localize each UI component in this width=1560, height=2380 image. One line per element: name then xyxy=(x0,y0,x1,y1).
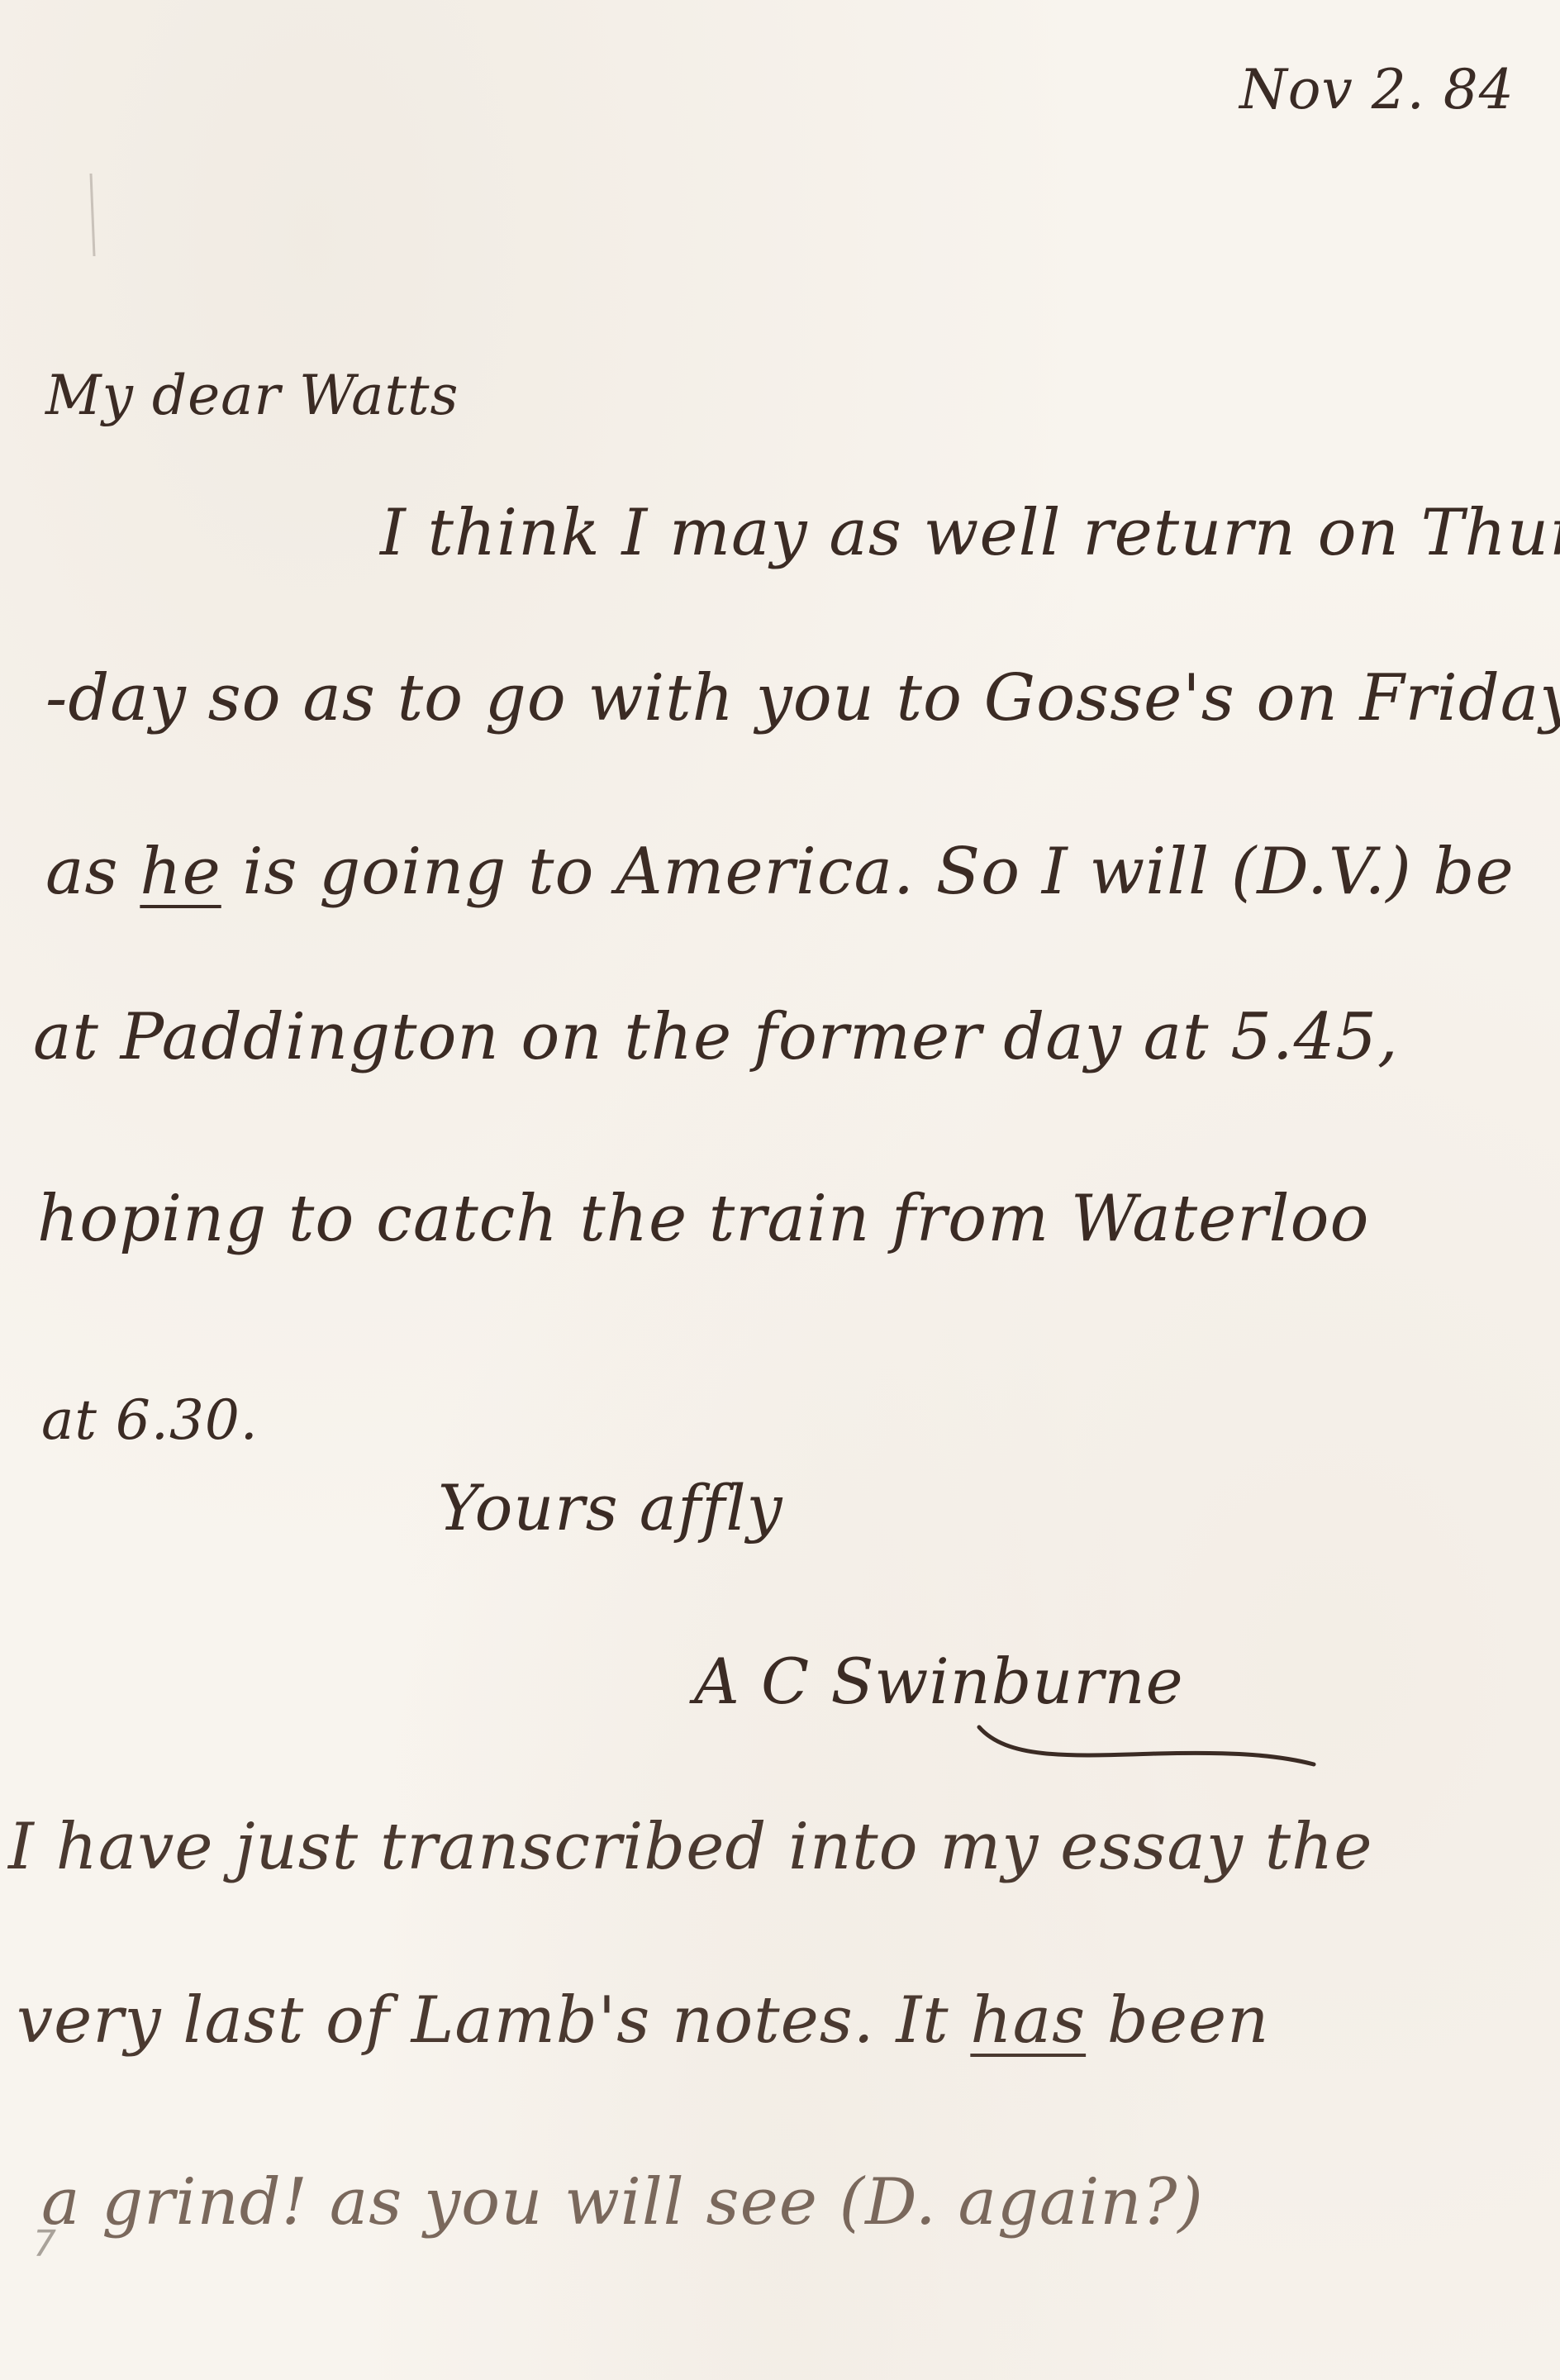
body-line-3: as he is going to America. So I will (D.… xyxy=(45,835,1515,909)
letter-date: Nov 2. 84 xyxy=(1239,58,1515,121)
body-line-3-pre: as xyxy=(45,835,140,909)
letter-page: (faint pencil annotation) Nov 2. 84 My d… xyxy=(0,0,1560,2380)
postscript-line-2-pre: very last of Lamb's notes. It xyxy=(17,1983,970,2058)
postscript-line-2: very last of Lamb's notes. It has been xyxy=(17,1983,1269,2058)
underlined-word-has: has xyxy=(970,1983,1086,2058)
postscript-line-2-post: been xyxy=(1086,1983,1269,2058)
salutation: My dear Watts xyxy=(45,364,459,427)
body-line-5: hoping to catch the train from Waterloo xyxy=(37,1182,1369,1256)
underlined-word-he: he xyxy=(140,835,221,909)
closing: Yours affly xyxy=(438,1471,783,1545)
body-line-3-post: is going to America. So I will (D.V.) be xyxy=(221,835,1515,909)
postscript-line-1: I have just transcribed into my essay th… xyxy=(8,1810,1373,1884)
pencil-page-number: 7 xyxy=(33,2223,56,2265)
body-line-2: -day so as to go with you to Gosse's on … xyxy=(45,661,1560,735)
postscript-line-3: a grind! as you will see (D. again?) xyxy=(41,2165,1204,2240)
body-line-1: I think I may as well return on Thurs- xyxy=(380,496,1560,570)
signature-flourish-icon xyxy=(975,1719,1322,1768)
signature: A C Swinburne xyxy=(694,1645,1184,1718)
pencil-stroke-icon xyxy=(83,165,107,264)
pencil-annotation: (faint pencil annotation) xyxy=(90,110,491,176)
body-line-4: at Paddington on the former day at 5.45, xyxy=(33,1000,1399,1074)
body-line-6: at 6.30. xyxy=(41,1388,259,1452)
